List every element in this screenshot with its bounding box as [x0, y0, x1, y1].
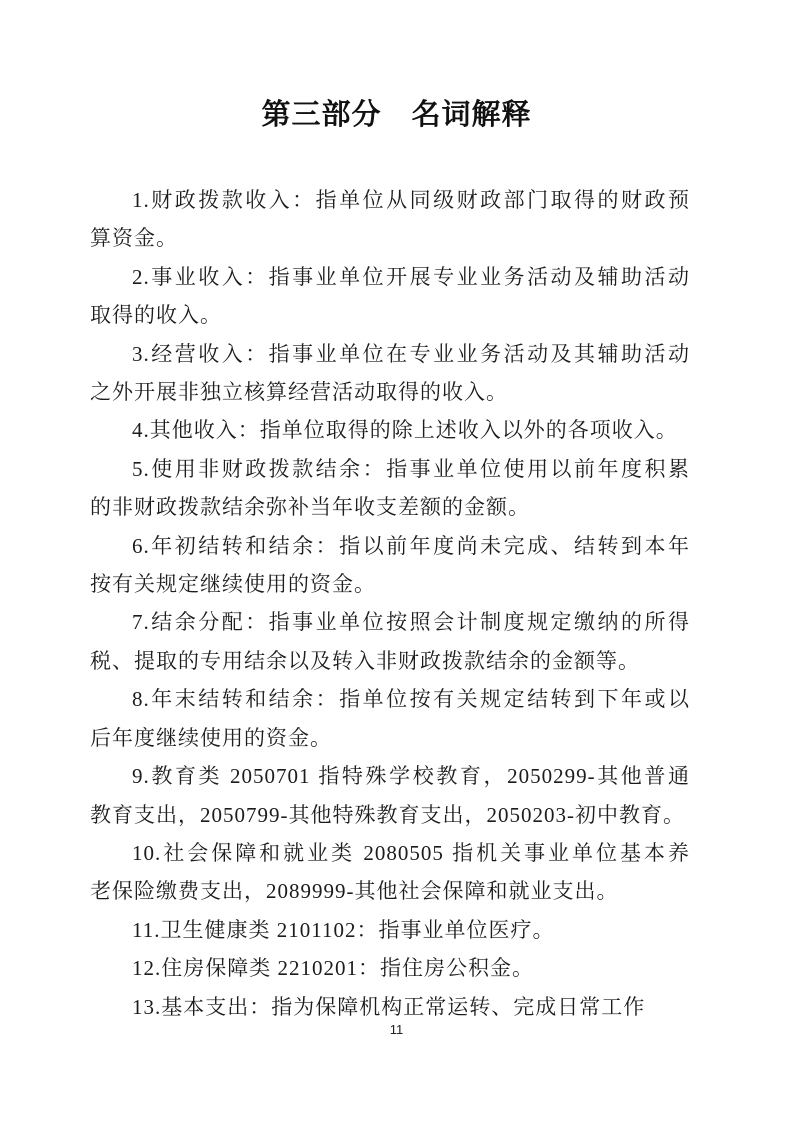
text-line: 算资金。: [90, 219, 690, 257]
text-line: 5.使用非财政拨款结余：指事业单位使用以前年度积累: [90, 450, 690, 488]
text-line: 取得的收入。: [90, 296, 690, 334]
text-line: 3.经营收入：指事业单位在专业业务活动及其辅助活动: [90, 335, 690, 373]
paragraph: 7.结余分配：指事业单位按照会计制度规定缴纳的所得税、提取的专用结余以及转入非财…: [90, 603, 690, 680]
text-line: 老保险缴费支出，2089999-其他社会保障和就业支出。: [90, 872, 690, 910]
paragraph: 2.事业收入：指事业单位开展专业业务活动及辅助活动取得的收入。: [90, 258, 690, 335]
paragraph: 1.财政拨款收入：指单位从同级财政部门取得的财政预算资金。: [90, 181, 690, 258]
paragraph: 3.经营收入：指事业单位在专业业务活动及其辅助活动之外开展非独立核算经营活动取得…: [90, 335, 690, 412]
text-line: 12.住房保障类 2210201：指住房公积金。: [90, 949, 690, 987]
text-line: 6.年初结转和结余：指以前年度尚未完成、结转到本年: [90, 527, 690, 565]
paragraph: 5.使用非财政拨款结余：指事业单位使用以前年度积累的非财政拨款结余弥补当年收支差…: [90, 450, 690, 527]
text-line: 7.结余分配：指事业单位按照会计制度规定缴纳的所得: [90, 603, 690, 641]
paragraph: 10.社会保障和就业类 2080505 指机关事业单位基本养老保险缴费支出，20…: [90, 834, 690, 911]
paragraph: 8.年末结转和结余：指单位按有关规定结转到下年或以后年度继续使用的资金。: [90, 680, 690, 757]
paragraph: 13.基本支出：指为保障机构正常运转、完成日常工作: [90, 988, 690, 1026]
text-line: 10.社会保障和就业类 2080505 指机关事业单位基本养: [90, 834, 690, 872]
document-page: 第三部分 名词解释 1.财政拨款收入：指单位从同级财政部门取得的财政预算资金。2…: [0, 0, 793, 1122]
text-line: 按有关规定继续使用的资金。: [90, 565, 690, 603]
text-line: 2.事业收入：指事业单位开展专业业务活动及辅助活动: [90, 258, 690, 296]
document-body: 1.财政拨款收入：指单位从同级财政部门取得的财政预算资金。2.事业收入：指事业单…: [90, 181, 690, 1026]
text-line: 8.年末结转和结余：指单位按有关规定结转到下年或以: [90, 680, 690, 718]
page-number: 11: [0, 1022, 793, 1038]
text-line: 1.财政拨款收入：指单位从同级财政部门取得的财政预: [90, 181, 690, 219]
paragraph: 11.卫生健康类 2101102：指事业单位医疗。: [90, 911, 690, 949]
text-line: 后年度继续使用的资金。: [90, 719, 690, 757]
text-line: 税、提取的专用结余以及转入非财政拨款结余的金额等。: [90, 642, 690, 680]
paragraph: 6.年初结转和结余：指以前年度尚未完成、结转到本年按有关规定继续使用的资金。: [90, 527, 690, 604]
text-line: 13.基本支出：指为保障机构正常运转、完成日常工作: [90, 988, 690, 1026]
text-line: 教育支出，2050799-其他特殊教育支出，2050203-初中教育。: [90, 796, 690, 834]
text-line: 的非财政拨款结余弥补当年收支差额的金额。: [90, 488, 690, 526]
paragraph: 4.其他收入：指单位取得的除上述收入以外的各项收入。: [90, 411, 690, 449]
page-title: 第三部分 名词解释: [0, 97, 793, 133]
text-line: 11.卫生健康类 2101102：指事业单位医疗。: [90, 911, 690, 949]
paragraph: 12.住房保障类 2210201：指住房公积金。: [90, 949, 690, 987]
text-line: 之外开展非独立核算经营活动取得的收入。: [90, 373, 690, 411]
paragraph: 9.教育类 2050701 指特殊学校教育，2050299-其他普通教育支出，2…: [90, 757, 690, 834]
text-line: 4.其他收入：指单位取得的除上述收入以外的各项收入。: [90, 411, 690, 449]
text-line: 9.教育类 2050701 指特殊学校教育，2050299-其他普通: [90, 757, 690, 795]
